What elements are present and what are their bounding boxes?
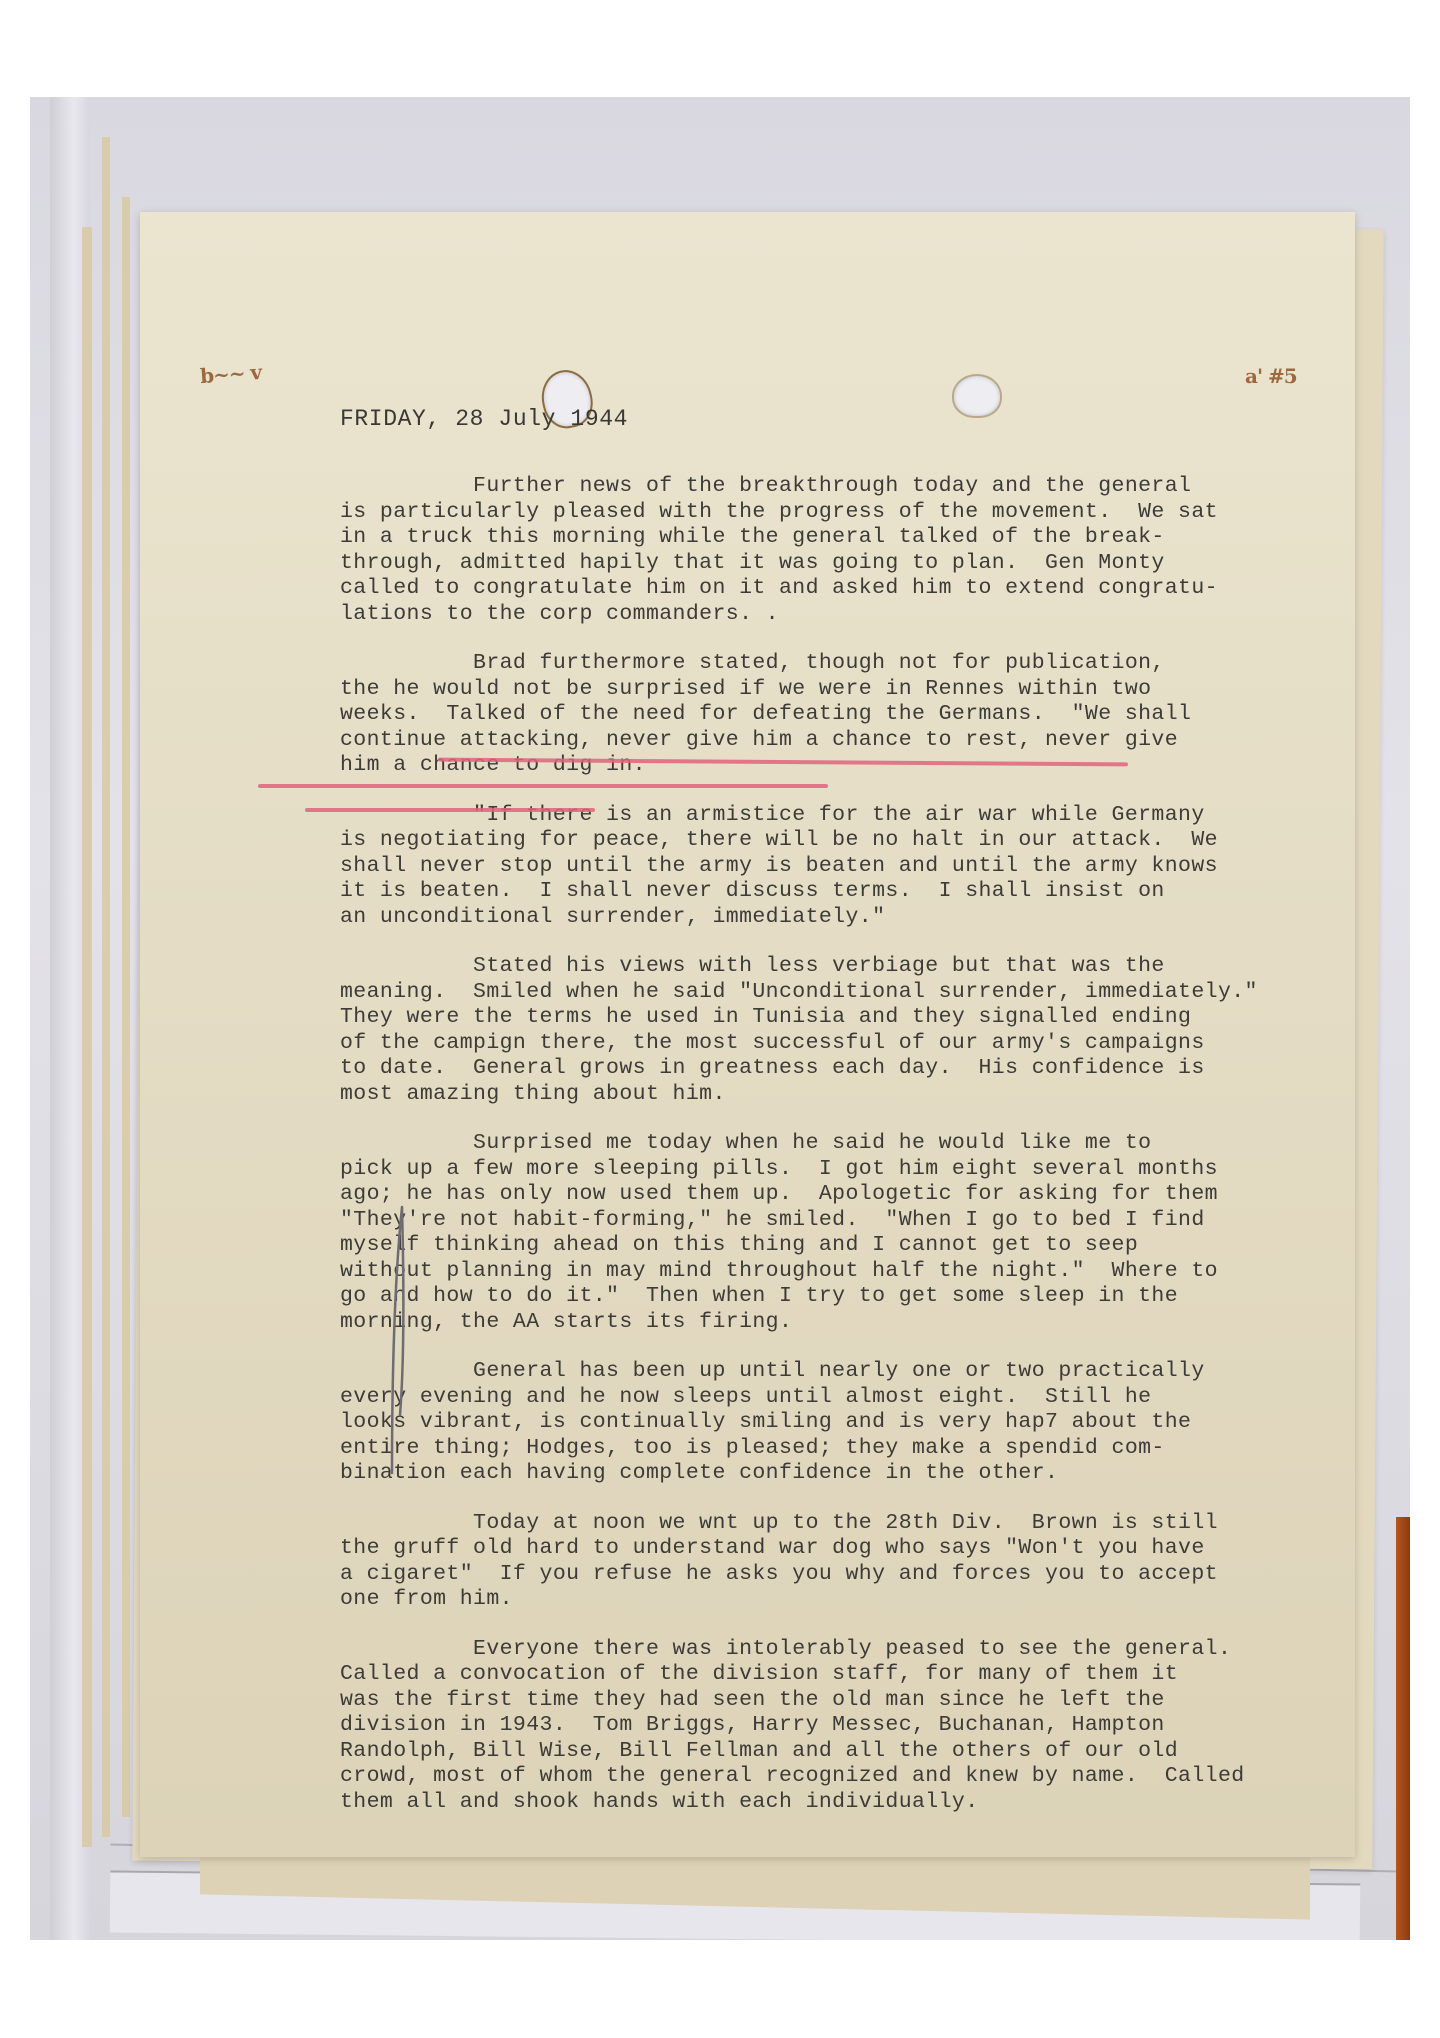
typed-line: looks vibrant, is continually smiling an…	[340, 1410, 1380, 1436]
typed-line: morning, the AA starts its firing.	[340, 1310, 1380, 1336]
typed-line: ago; he has only now used them up. Apolo…	[340, 1182, 1380, 1208]
typed-line: myself thinking ahead on this thing and …	[340, 1233, 1380, 1259]
typed-line: Surprised me today when he said he would…	[340, 1131, 1380, 1157]
typed-line: entire thing; Hodges, too is pleased; th…	[340, 1436, 1380, 1462]
typed-line: them all and shook hands with each indiv…	[340, 1790, 1380, 1816]
typed-line: through, admitted hapily that it was goi…	[340, 551, 1380, 577]
typed-line: lations to the corp commanders. .	[340, 602, 1380, 628]
typed-line: to date. General grows in greatness each…	[340, 1056, 1380, 1082]
typed-page: b~~ v a' #5 FRIDAY, 28 July 1944 Further…	[140, 212, 1355, 1857]
punch-hole-icon	[952, 374, 1002, 418]
diary-paragraph: General has been up until nearly one or …	[340, 1359, 1380, 1487]
diary-paragraph: Everyone there was intolerably peased to…	[340, 1637, 1380, 1816]
typed-line: the gruff old hard to understand war dog…	[340, 1536, 1380, 1562]
document-photo: b~~ v a' #5 FRIDAY, 28 July 1944 Further…	[30, 97, 1410, 1940]
typed-line: division in 1943. Tom Briggs, Harry Mess…	[340, 1713, 1380, 1739]
typed-line: Brad furthermore stated, though not for …	[340, 651, 1380, 677]
corner-mark-top-left: b~~ v	[199, 360, 262, 388]
diary-paragraph: Surprised me today when he said he would…	[340, 1131, 1380, 1335]
typed-line: a cigaret" If you refuse he asks you why…	[340, 1562, 1380, 1588]
typed-line: Stated his views with less verbiage but …	[340, 954, 1380, 980]
diary-paragraph: Today at noon we wnt up to the 28th Div.…	[340, 1511, 1380, 1613]
paper-stack-edge	[122, 197, 130, 1817]
typed-line: go and how to do it." Then when I try to…	[340, 1284, 1380, 1310]
typed-line: Called a convocation of the division sta…	[340, 1662, 1380, 1688]
typed-line: every evening and he now sleeps until al…	[340, 1385, 1380, 1411]
diary-paragraph: "If there is an armistice for the air wa…	[340, 803, 1380, 931]
typed-line: They were the terms he used in Tunisia a…	[340, 1005, 1380, 1031]
typed-line: Randolph, Bill Wise, Bill Fellman and al…	[340, 1739, 1380, 1765]
typed-line: shall never stop until the army is beate…	[340, 854, 1380, 880]
typed-line: is negotiating for peace, there will be …	[340, 828, 1380, 854]
red-underline-mark	[305, 808, 595, 812]
typed-line: in a truck this morning while the genera…	[340, 525, 1380, 551]
pencil-margin-mark-icon	[390, 1205, 406, 1475]
diary-date-heading: FRIDAY, 28 July 1944	[340, 406, 628, 432]
page-number-mark: a' #5	[1245, 364, 1297, 388]
typed-line: is particularly pleased with the progres…	[340, 500, 1380, 526]
typed-line: called to congratulate him on it and ask…	[340, 576, 1380, 602]
diary-paragraph: Stated his views with less verbiage but …	[340, 954, 1380, 1107]
typed-line: of the campign there, the most successfu…	[340, 1031, 1380, 1057]
typed-line: General has been up until nearly one or …	[340, 1359, 1380, 1385]
typed-line: without planning in may mind throughout …	[340, 1259, 1380, 1285]
diary-body: Further news of the breakthrough today a…	[340, 474, 1380, 1839]
table-edge	[1396, 1517, 1410, 1940]
typed-line: bination each having complete confidence…	[340, 1461, 1380, 1487]
typed-line: "If there is an armistice for the air wa…	[340, 803, 1380, 829]
typed-line: crowd, most of whom the general recogniz…	[340, 1764, 1380, 1790]
diary-paragraph: Further news of the breakthrough today a…	[340, 474, 1380, 627]
typed-line: most amazing thing about him.	[340, 1082, 1380, 1108]
typed-line: Everyone there was intolerably peased to…	[340, 1637, 1380, 1663]
paper-stack-edge	[82, 227, 92, 1847]
typed-line: weeks. Talked of the need for defeating …	[340, 702, 1380, 728]
typed-line: continue attacking, never give him a cha…	[340, 728, 1380, 754]
typed-line: meaning. Smiled when he said "Unconditio…	[340, 980, 1380, 1006]
typed-line: Today at noon we wnt up to the 28th Div.…	[340, 1511, 1380, 1537]
red-underline-mark	[258, 784, 828, 788]
typed-line: the he would not be surprised if we were…	[340, 677, 1380, 703]
typed-line: pick up a few more sleeping pills. I got…	[340, 1157, 1380, 1183]
typed-line: Further news of the breakthrough today a…	[340, 474, 1380, 500]
paper-stack-edge	[102, 137, 110, 1837]
typed-line: "They're not habit-forming," he smiled. …	[340, 1208, 1380, 1234]
typed-line: him a chance to dig in.	[340, 753, 1380, 779]
typed-line: was the first time they had seen the old…	[340, 1688, 1380, 1714]
typed-line: it is beaten. I shall never discuss term…	[340, 879, 1380, 905]
typed-line: an unconditional surrender, immediately.…	[340, 905, 1380, 931]
typed-line: one from him.	[340, 1587, 1380, 1613]
